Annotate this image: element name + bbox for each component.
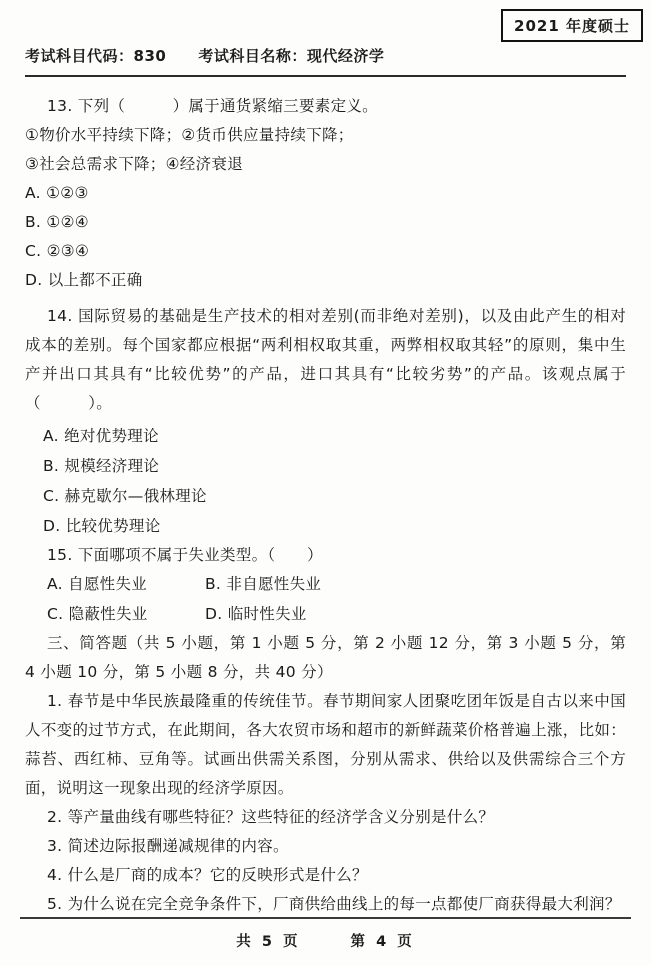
footer-pagination: 共 5 页 第 4 页 <box>20 930 631 951</box>
question-14: 14. 国际贸易的基础是生产技术的相对差别(而非绝对差别)，以及由此产生的相对成… <box>25 302 626 541</box>
question-14-stem: 14. 国际贸易的基础是生产技术的相对差别(而非绝对差别)，以及由此产生的相对成… <box>25 302 626 418</box>
section-3-heading: 三、简答题（共 5 小题，第 1 小题 5 分，第 2 小题 12 分，第 3 … <box>25 629 626 687</box>
footer-divider <box>20 917 631 919</box>
question-13-stem: 13. 下列（ ）属于通货紧缩三要素定义。 <box>25 92 626 121</box>
total-pages-label: 共 5 页 <box>236 930 300 951</box>
question-13-items-1: ①物价水平持续下降；②货币供应量持续下降； <box>25 121 626 150</box>
question-13-option-c: C. ②③④ <box>25 237 626 266</box>
question-14-option-c: C. 赫克歇尔—俄林理论 <box>43 481 626 511</box>
question-13-option-d: D. 以上都不正确 <box>25 266 626 295</box>
page-footer: 共 5 页 第 4 页 <box>20 917 631 965</box>
question-15: 15. 下面哪项不属于失业类型。（ ） A. 自愿性失业 B. 非自愿性失业 C… <box>25 541 626 629</box>
subject-name: 考试科目名称：现代经济学 <box>198 45 384 66</box>
short-answer-item-1: 1. 春节是中华民族最隆重的传统佳节。春节期间家人团聚吃团年饭是自古以来中国人不… <box>25 687 626 803</box>
short-answer-item-2: 2. 等产量曲线有哪些特征？这些特征的经济学含义分别是什么？ <box>25 803 626 832</box>
subject-code: 考试科目代码：830 <box>25 45 166 66</box>
question-14-option-a: A. 绝对优势理论 <box>43 421 626 451</box>
question-14-options: A. 绝对优势理论 B. 规模经济理论 C. 赫克歇尔—俄林理论 D. 比较优势… <box>43 421 626 541</box>
question-14-option-d: D. 比较优势理论 <box>43 511 626 541</box>
question-13-items-2: ③社会总需求下降；④经济衰退 <box>25 150 626 179</box>
question-13-option-a: A. ①②③ <box>25 179 626 208</box>
exam-body: 13. 下列（ ）属于通货紧缩三要素定义。 ①物价水平持续下降；②货币供应量持续… <box>25 77 626 919</box>
question-15-stem: 15. 下面哪项不属于失业类型。（ ） <box>25 541 626 570</box>
question-15-option-a: A. 自愿性失业 <box>47 570 205 600</box>
year-badge: 2021 年度硕士 <box>501 9 643 42</box>
question-13-options: A. ①②③ B. ①②④ C. ②③④ D. 以上都不正确 <box>25 179 626 295</box>
question-13-option-b: B. ①②④ <box>25 208 626 237</box>
section-3: 三、简答题（共 5 小题，第 1 小题 5 分，第 2 小题 12 分，第 3 … <box>25 629 626 919</box>
question-15-options: A. 自愿性失业 B. 非自愿性失业 C. 隐蔽性失业 D. 临时性失业 <box>47 570 626 629</box>
question-15-option-c: C. 隐蔽性失业 <box>47 600 205 630</box>
question-15-option-b: B. 非自愿性失业 <box>205 570 626 600</box>
current-page-label: 第 4 页 <box>351 930 415 951</box>
short-answer-item-5: 5. 为什么说在完全竞争条件下，厂商供给曲线上的每一点都使厂商获得最大利润？ <box>25 890 626 919</box>
question-14-option-b: B. 规模经济理论 <box>43 451 626 481</box>
question-15-option-d: D. 临时性失业 <box>205 600 626 630</box>
short-answer-item-4: 4. 什么是厂商的成本？它的反映形式是什么？ <box>25 861 626 890</box>
question-13: 13. 下列（ ）属于通货紧缩三要素定义。 ①物价水平持续下降；②货币供应量持续… <box>25 92 626 295</box>
short-answer-item-3: 3. 简述边际报酬递减规律的内容。 <box>25 832 626 861</box>
exam-paper-page: 2021 年度硕士 考试科目代码：830 考试科目名称：现代经济学 13. 下列… <box>0 0 651 965</box>
